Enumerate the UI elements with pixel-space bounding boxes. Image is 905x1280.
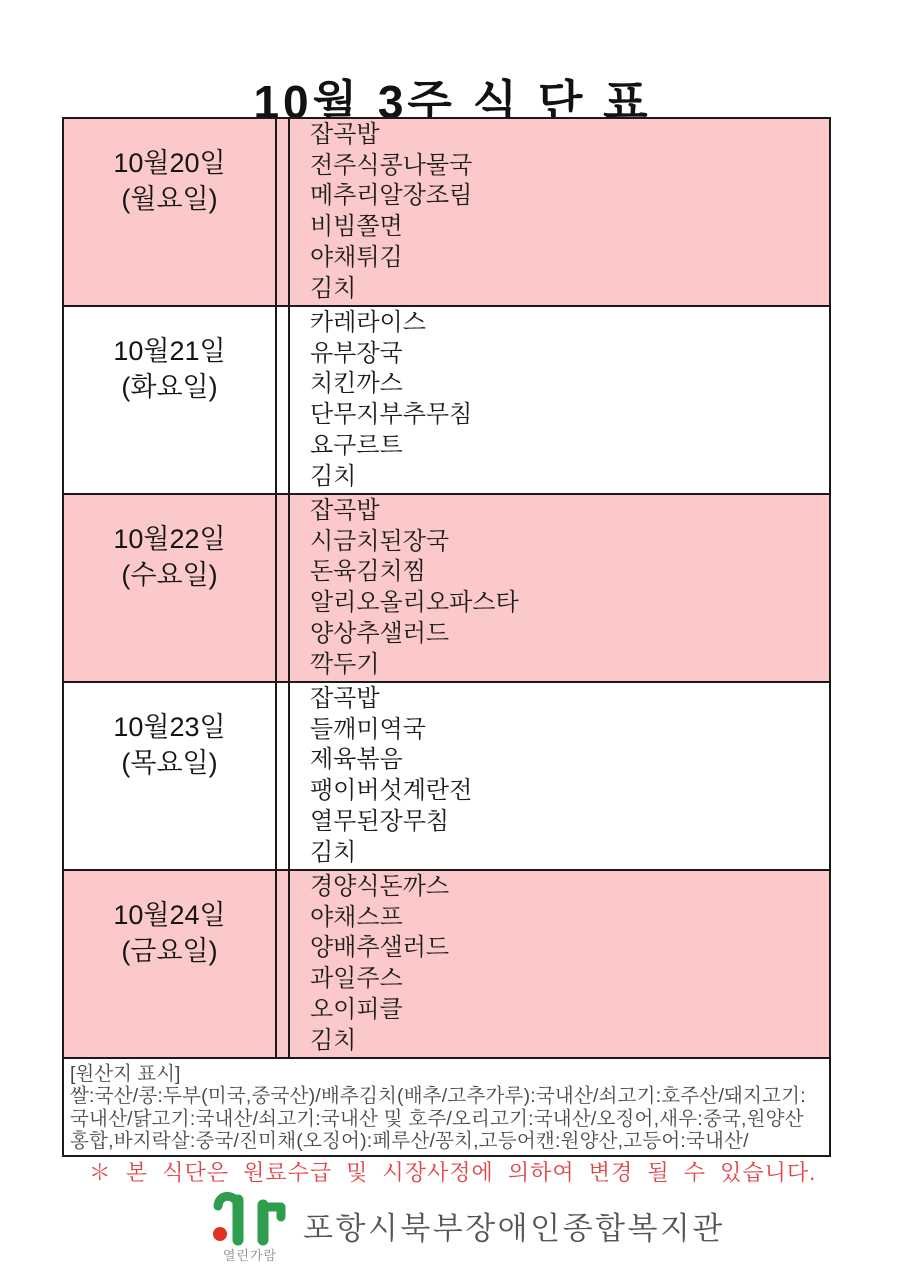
logo-mark-icon: 열린가람 xyxy=(207,1190,293,1264)
column-divider xyxy=(277,495,290,681)
menu-item: 시금치된장국 xyxy=(310,527,829,558)
menu-item: 양배추샐러드 xyxy=(310,933,829,964)
menu-item: 팽이버섯계란전 xyxy=(310,776,829,807)
weekday-label: (수요일) xyxy=(64,557,275,593)
column-divider xyxy=(277,119,290,305)
menu-item: 잡곡밥 xyxy=(310,496,829,527)
menu-item: 열무된장무침 xyxy=(310,807,829,838)
weekday-label: (목요일) xyxy=(64,745,275,781)
menu-cell: 카레라이스 유부장국 치킨까스 단무지부추무침 요구르트 김치 xyxy=(290,307,829,493)
date-cell: 10월20일 (월요일) xyxy=(64,119,277,305)
table-row-monday: 10월20일 (월요일) 잡곡밥 전주식콩나물국 메추리알장조림 비빔쫄면 야채… xyxy=(64,119,829,307)
origin-line: 홍합,바지락살:중국/진미채(오징어):페루산/꽁치,고등어캔:원양산,고등어:… xyxy=(70,1130,821,1153)
menu-item: 제육볶음 xyxy=(310,745,829,776)
menu-item: 잡곡밥 xyxy=(310,684,829,715)
menu-item: 경양식돈까스 xyxy=(310,872,829,903)
change-notice: ＊ 본 식단은 원료수급 및 시장사정에 의하여 변경 될 수 있습니다. xyxy=(0,1156,905,1187)
menu-cell: 잡곡밥 들깨미역국 제육볶음 팽이버섯계란전 열무된장무침 김치 xyxy=(290,683,829,869)
menu-item: 유부장국 xyxy=(310,339,829,370)
logo-caption: 열린가람 xyxy=(207,1245,293,1264)
menu-item: 김치 xyxy=(310,274,829,305)
column-divider xyxy=(277,307,290,493)
weekday-label: (월요일) xyxy=(64,181,275,217)
origin-line: 국내산/닭고기:국내산/쇠고기:국내산 및 호주/오리고기:국내산/오징어,새우… xyxy=(70,1108,821,1131)
column-divider xyxy=(277,871,290,1057)
menu-item: 야채튀김 xyxy=(310,243,829,274)
table-row-friday: 10월24일 (금요일) 경양식돈까스 야채스프 양배추샐러드 과일주스 오이피… xyxy=(64,871,829,1059)
menu-item: 돈육김치찜 xyxy=(310,557,829,588)
menu-item: 들깨미역국 xyxy=(310,715,829,746)
date-label: 10월23일 xyxy=(64,709,275,745)
organization-logo: 열린가람 포항시북부장애인종합복지관 xyxy=(207,1190,725,1264)
date-label: 10월20일 xyxy=(64,145,275,181)
column-divider xyxy=(277,683,290,869)
menu-item: 전주식콩나물국 xyxy=(310,151,829,182)
menu-item: 치킨까스 xyxy=(310,369,829,400)
menu-item: 야채스프 xyxy=(310,903,829,934)
origin-line: 쌀:국산/콩:두부(미국,중국산)/배추김치(배추/고추가루):국내산/쇠고기:… xyxy=(70,1085,821,1108)
menu-item: 김치 xyxy=(310,838,829,869)
menu-item: 양상추샐러드 xyxy=(310,619,829,650)
weekday-label: (화요일) xyxy=(64,369,275,405)
menu-item: 요구르트 xyxy=(310,431,829,462)
menu-cell: 잡곡밥 전주식콩나물국 메추리알장조림 비빔쫄면 야채튀김 김치 xyxy=(290,119,829,305)
date-cell: 10월22일 (수요일) xyxy=(64,495,277,681)
date-label: 10월24일 xyxy=(64,897,275,933)
origin-info-box: [원산지 표시] 쌀:국산/콩:두부(미국,중국산)/배추김치(배추/고추가루)… xyxy=(64,1059,829,1155)
table-row-thursday: 10월23일 (목요일) 잡곡밥 들깨미역국 제육볶음 팽이버섯계란전 열무된장… xyxy=(64,683,829,871)
origin-header: [원산지 표시] xyxy=(70,1063,821,1085)
date-label: 10월21일 xyxy=(64,333,275,369)
menu-item: 깍두기 xyxy=(310,650,829,681)
date-label: 10월22일 xyxy=(64,521,275,557)
date-cell: 10월23일 (목요일) xyxy=(64,683,277,869)
menu-item: 비빔쫄면 xyxy=(310,212,829,243)
weekly-menu-table: 10월20일 (월요일) 잡곡밥 전주식콩나물국 메추리알장조림 비빔쫄면 야채… xyxy=(62,117,831,1157)
menu-item: 과일주스 xyxy=(310,964,829,995)
menu-item: 메추리알장조림 xyxy=(310,181,829,212)
menu-cell: 경양식돈까스 야채스프 양배추샐러드 과일주스 오이피클 김치 xyxy=(290,871,829,1057)
menu-item: 단무지부추무침 xyxy=(310,400,829,431)
meal-plan-page: 10월 3주 식 단 표 10월20일 (월요일) 잡곡밥 전주식콩나물국 메추… xyxy=(0,0,905,1280)
table-row-tuesday: 10월21일 (화요일) 카레라이스 유부장국 치킨까스 단무지부추무침 요구르… xyxy=(64,307,829,495)
menu-item: 알리오올리오파스타 xyxy=(310,588,829,619)
table-row-wednesday: 10월22일 (수요일) 잡곡밥 시금치된장국 돈육김치찜 알리오올리오파스타 … xyxy=(64,495,829,683)
menu-item: 카레라이스 xyxy=(310,308,829,339)
menu-item: 김치 xyxy=(310,462,829,493)
weekday-label: (금요일) xyxy=(64,933,275,969)
menu-cell: 잡곡밥 시금치된장국 돈육김치찜 알리오올리오파스타 양상추샐러드 깍두기 xyxy=(290,495,829,681)
menu-item: 오이피클 xyxy=(310,995,829,1026)
date-cell: 10월21일 (화요일) xyxy=(64,307,277,493)
organization-name: 포항시북부장애인종합복지관 xyxy=(303,1203,725,1248)
menu-item: 김치 xyxy=(310,1026,829,1057)
date-cell: 10월24일 (금요일) xyxy=(64,871,277,1057)
menu-item: 잡곡밥 xyxy=(310,120,829,151)
